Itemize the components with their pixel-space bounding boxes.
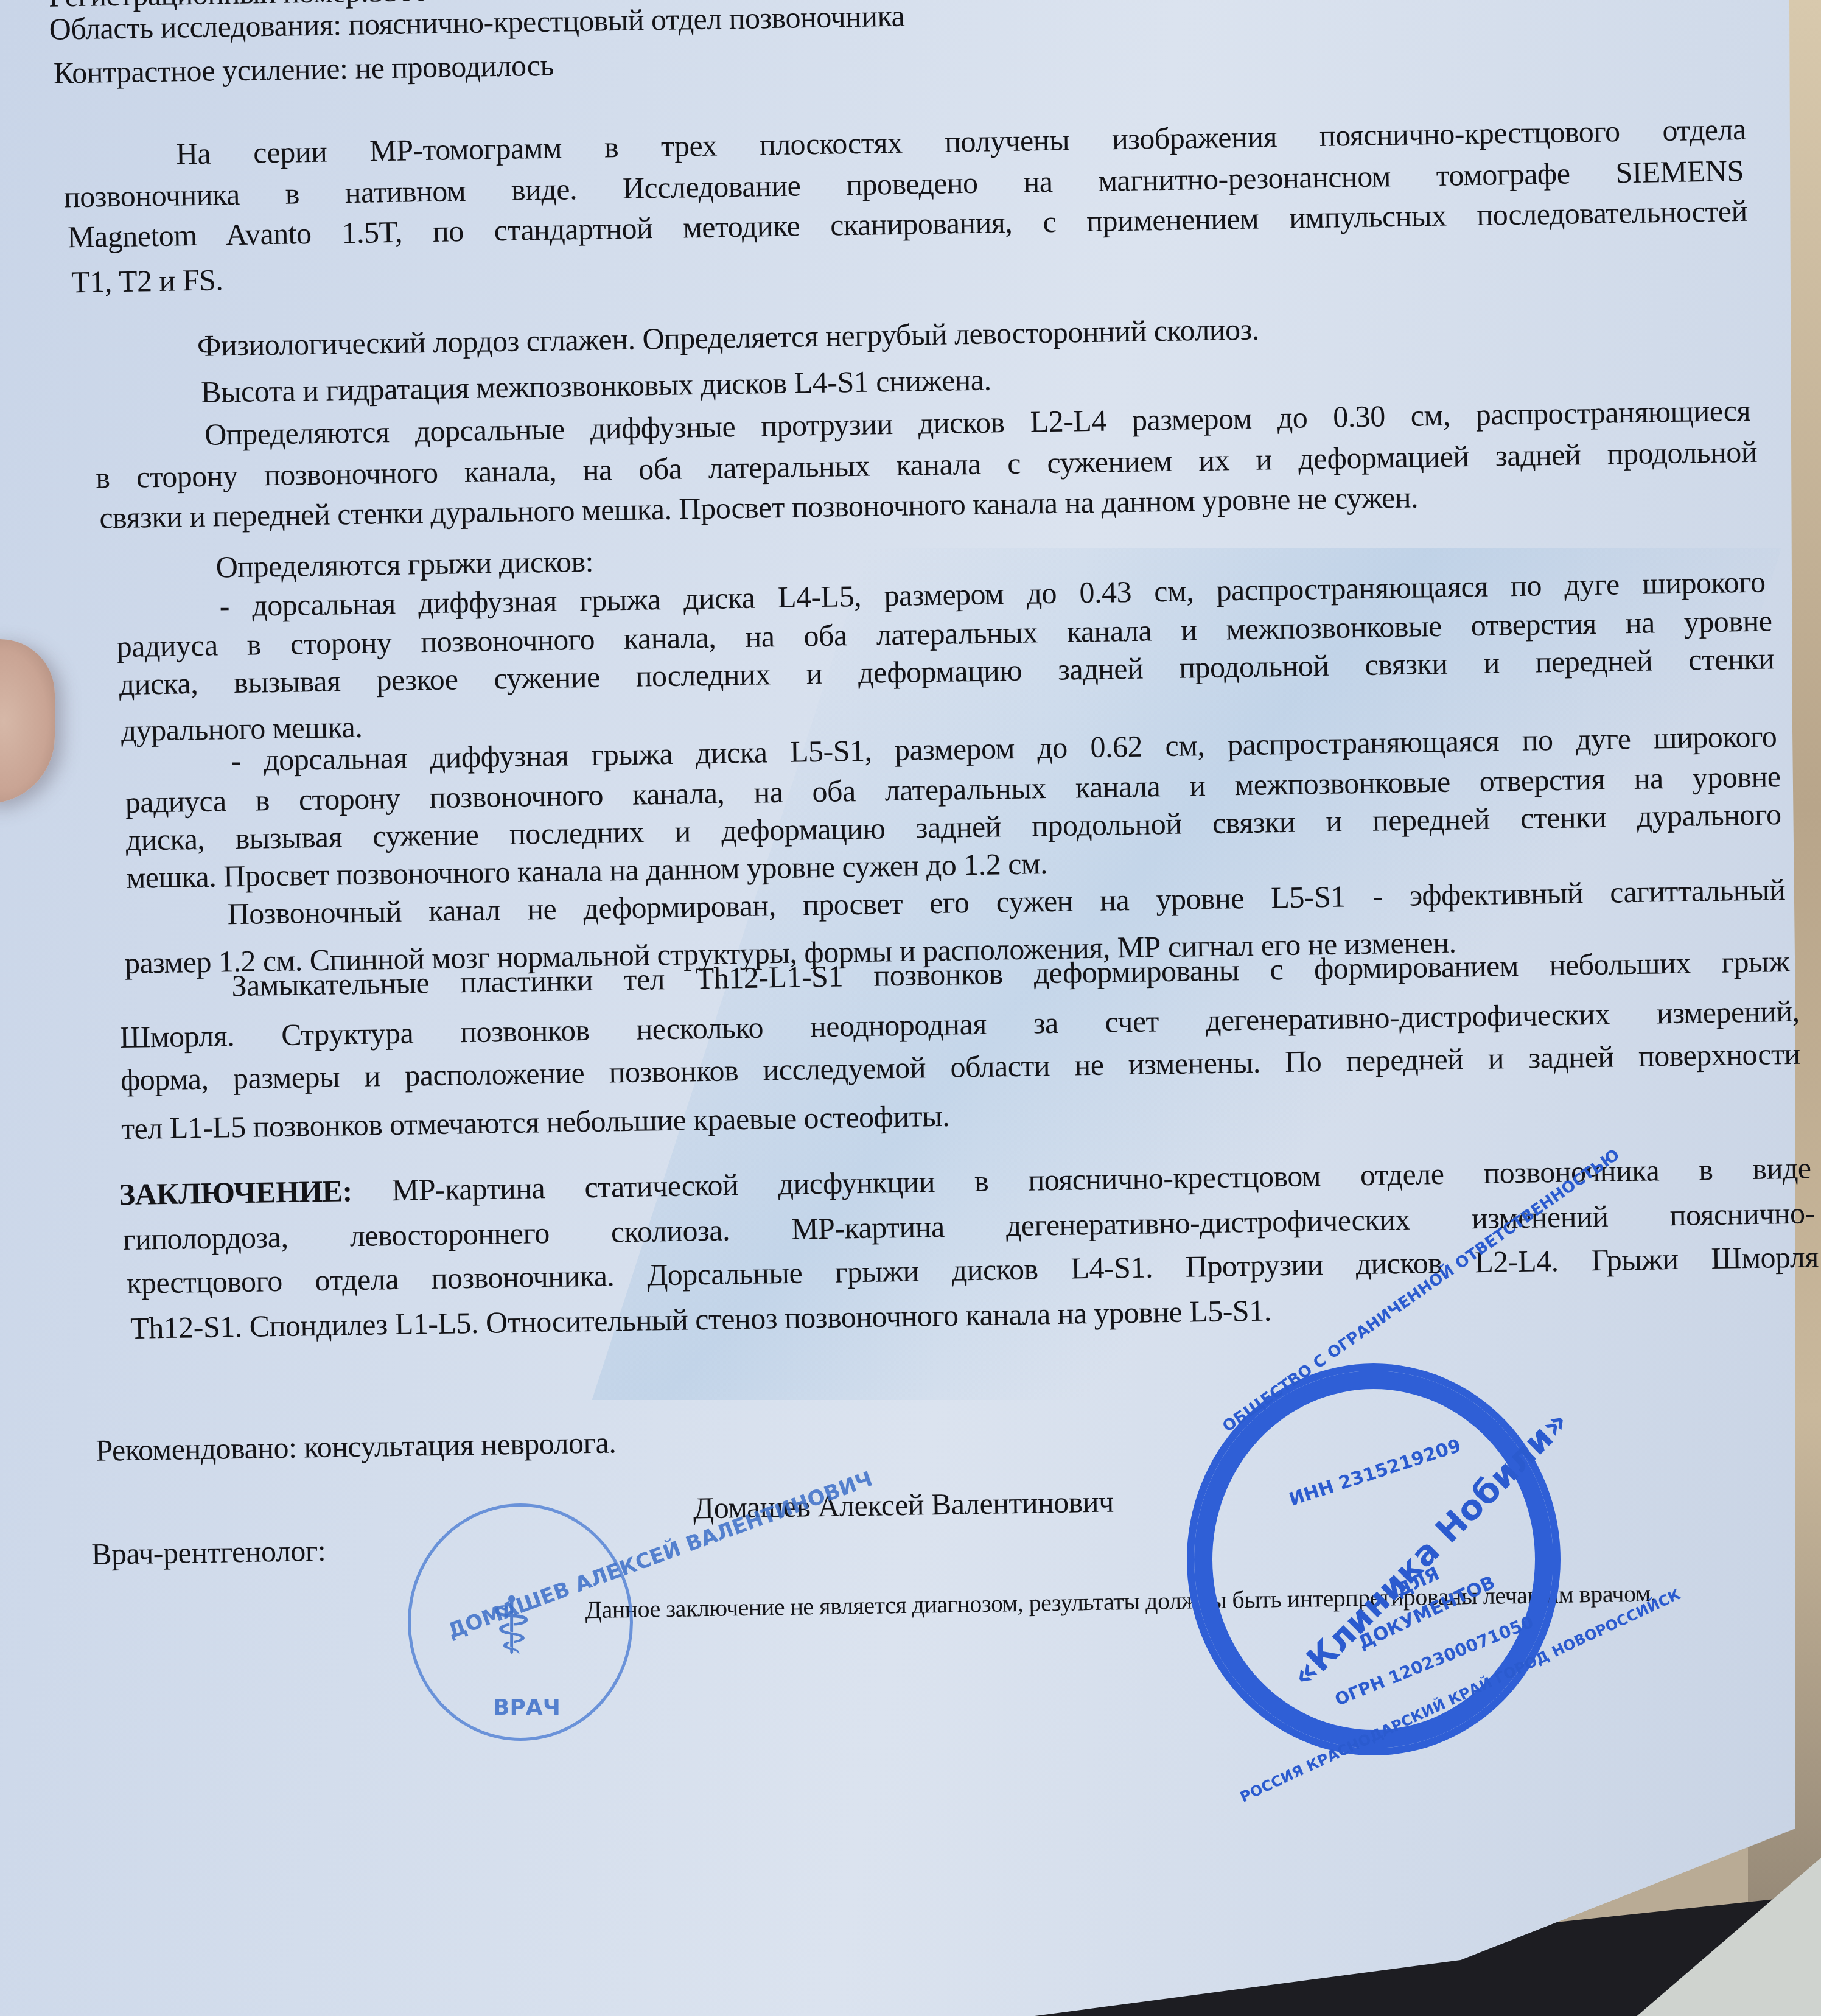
hernia-l4l5-line-4: дурального мешка. xyxy=(121,712,362,746)
finding-disc-height: Высота и гидратация межпозвонковых диско… xyxy=(201,365,991,407)
conclusion-line-4: Th12-S1. Спондилез L1-L5. Относительный … xyxy=(130,1295,1271,1343)
contrast-enhancement: Контрастное усиление: не проводилось xyxy=(53,50,554,88)
conclusion-label: ЗАКЛЮЧЕНИЕ: xyxy=(119,1174,352,1211)
document-content: Регистрационный номер:3500 Область иссле… xyxy=(0,0,1821,2016)
caduceus-icon: ⚕ xyxy=(490,1580,533,1672)
doctor-stamp: ДОМАШЕВ АЛЕКСЕЙ ВАЛЕНТИНОВИЧ ⚕ ВРАЧ xyxy=(408,1503,633,1741)
finding-hernias-heading: Определяются грыжи дисков: xyxy=(215,546,593,583)
recommendation: Рекомендовано: консультация невролога. xyxy=(96,1427,617,1465)
clinic-stamp: ОБЩЕСТВО С ОГРАНИЧЕННОЙ ОТВЕТСТВЕННОСТЬЮ… xyxy=(1187,1363,1561,1755)
finding-lordosis: Физиологический лордоз сглажен. Определя… xyxy=(197,314,1260,361)
intro-line-4: T1, T2 и FS. xyxy=(71,264,223,297)
osteophytes-line: тел L1-L5 позвонков отмечаются небольшие… xyxy=(121,1101,950,1144)
clinic-stamp-inn: ИНН 2315219209 xyxy=(1287,1435,1464,1510)
signature-role: Врач-рентгенолог: xyxy=(91,1535,326,1569)
doctor-stamp-bottom-text: ВРАЧ xyxy=(493,1695,561,1720)
